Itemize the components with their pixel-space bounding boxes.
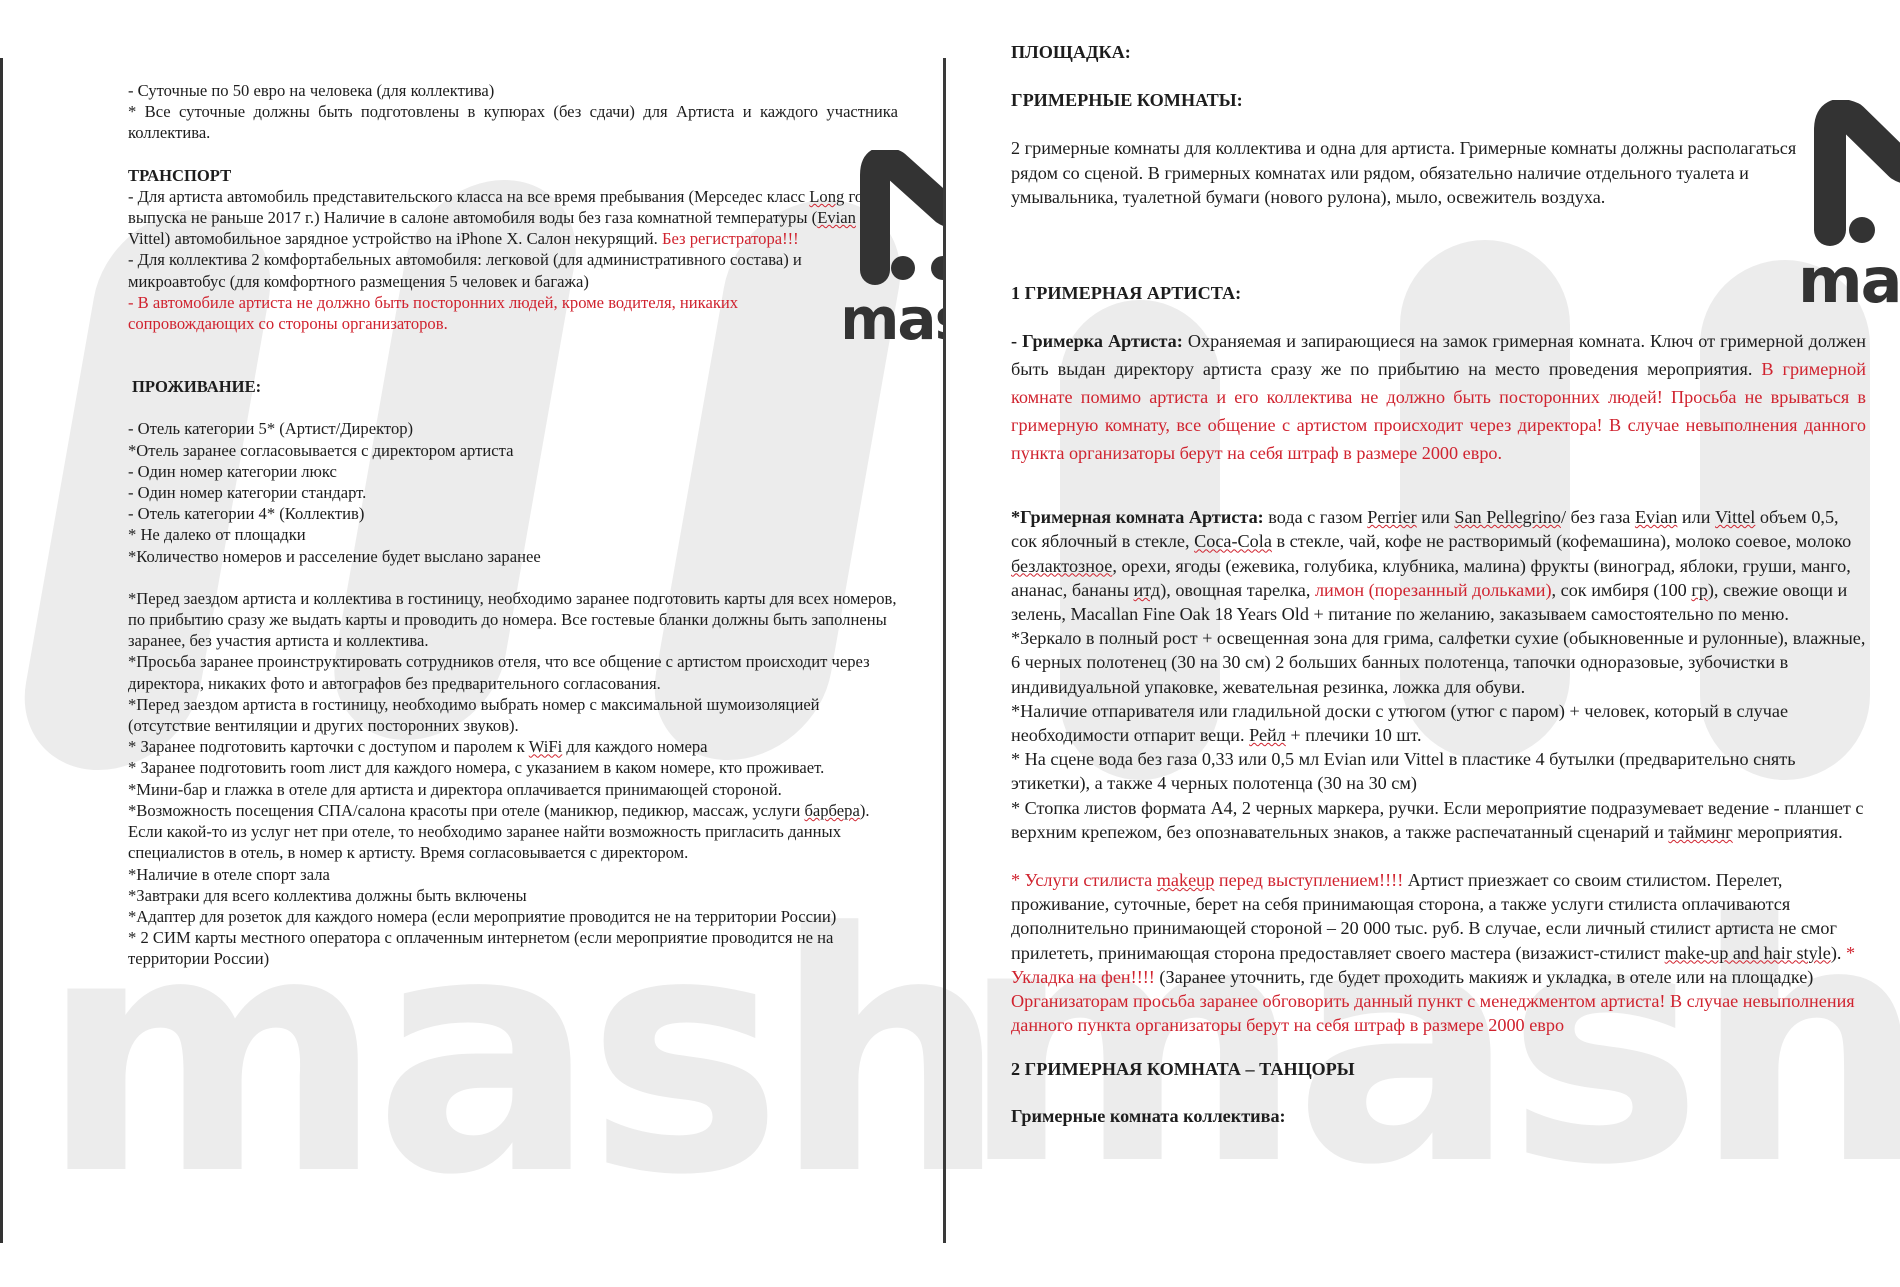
accommodation-item: * Не далеко от площадки	[128, 524, 898, 545]
accommodation-item: - Отель категории 4* (Коллектив)	[128, 503, 898, 524]
transport-team-cars: - Для коллектива 2 комфортабельных автом…	[128, 249, 898, 291]
transport-artist-car: - Для артиста автомобиль представительск…	[128, 186, 898, 250]
accommodation-note-wifi: * Заранее подготовить карточки с доступо…	[128, 736, 898, 757]
artist-room-heading: 1 ГРИМЕРНАЯ АРТИСТА:	[1011, 281, 1866, 305]
mirror-note: *Зеркало в полный рост + освещенная зона…	[1011, 626, 1866, 699]
mash-logo-right: ma	[1800, 100, 1900, 310]
crew-room-heading: Гримерные комната коллектива:	[1011, 1104, 1866, 1128]
accommodation-note: *Просьба заранее проинструктировать сотр…	[128, 651, 898, 693]
dancers-room-heading: 2 ГРИМЕРНАЯ КОМНАТА – ТАНЦОРЫ	[1011, 1057, 1866, 1081]
dressing-rooms-text: 2 гримерные комнаты для коллектива и одн…	[1011, 136, 1801, 209]
per-diem-note: * Все суточные должны быть подготовлены …	[128, 101, 898, 143]
accommodation-note: *Перед заездом артиста в гостиницу, необ…	[128, 694, 828, 736]
accommodation-item: *Отель заранее согласовывается с директо…	[128, 440, 898, 461]
accommodation-note: *Перед заездом артиста и коллектива в го…	[128, 588, 898, 652]
accommodation-note: *Завтраки для всего коллектива должны бы…	[128, 885, 898, 906]
stylist-note: * Услуги стилиста makeup перед выступлен…	[1011, 868, 1866, 1037]
right-page: ПЛОЩАДКА: ГРИМЕРНЫЕ КОМНАТЫ: 2 гримерные…	[1011, 40, 1866, 1128]
page-divider	[943, 58, 946, 1243]
transport-heading: ТРАНСПОРТ	[128, 165, 898, 186]
accommodation-note: *Наличие в отеле спорт зала	[128, 864, 898, 885]
mash-logo-word: ma	[1800, 250, 1900, 310]
accommodation-item: *Количество номеров и расселение будет в…	[128, 546, 898, 567]
accommodation-note: *Мини-бар и глажка в отеле для артиста и…	[128, 779, 898, 800]
dressing-rooms-heading: ГРИМЕРНЫЕ КОМНАТЫ:	[1011, 88, 1866, 112]
page-edge-left	[0, 58, 3, 1243]
paper-note: * Стопка листов формата А4, 2 черных мар…	[1011, 796, 1866, 844]
artist-room-text: - Гримерка Артиста: Охраняемая и запираю…	[1011, 327, 1866, 467]
transport-warning: - В автомобиле артиста не должно быть по…	[128, 292, 828, 334]
accommodation-item: - Один номер категории стандарт.	[128, 482, 898, 503]
mash-logo-left: mas	[845, 150, 943, 340]
accommodation-note: * 2 СИМ карты местного оператора с оплач…	[128, 927, 898, 969]
left-page: - Суточные по 50 евро на человека (для к…	[128, 80, 898, 970]
accommodation-note: *Адаптер для розеток для каждого номера …	[128, 906, 898, 927]
accommodation-item: - Один номер категории люкс	[128, 461, 898, 482]
artist-room-rider: *Гримерная комната Артиста: вода с газом…	[1011, 505, 1866, 626]
accommodation-note: * Заранее подготовить room лист для кажд…	[128, 757, 858, 778]
accommodation-item: - Отель категории 5* (Артист/Директор)	[128, 418, 898, 439]
steamer-note: *Наличие отпаривателя или гладильной дос…	[1011, 699, 1866, 747]
per-diem-line: - Суточные по 50 евро на человека (для к…	[128, 80, 898, 101]
mash-logo-word: mas	[845, 290, 943, 340]
stage-water-note: * На сцене вода без газа 0,33 или 0,5 мл…	[1011, 747, 1866, 795]
venue-heading: ПЛОЩАДКА:	[1011, 40, 1866, 64]
accommodation-heading: ПРОЖИВАНИЕ:	[132, 376, 898, 397]
accommodation-note-spa: *Возможность посещения СПА/салона красот…	[128, 800, 898, 864]
